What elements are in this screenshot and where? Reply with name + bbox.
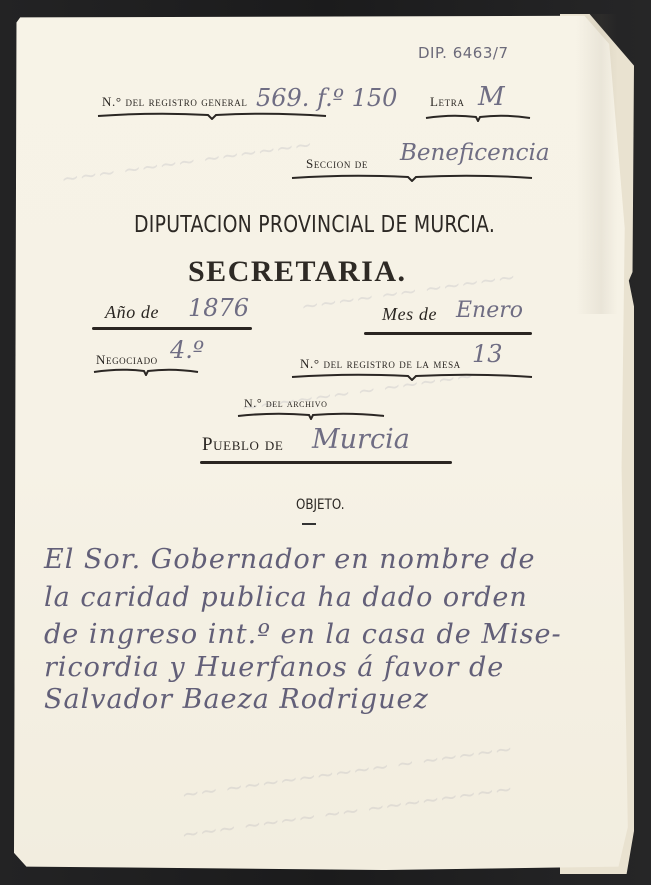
objeto-line: Salvador Baeza Rodriguez xyxy=(44,684,429,715)
letra-label: Letra xyxy=(430,94,464,110)
negociado-value: 4.º xyxy=(170,336,204,364)
header-title: DIPUTACION PROVINCIAL DE MURCIA. xyxy=(134,212,495,238)
ornamental-rule xyxy=(236,410,386,420)
header-subtitle: SECRETARIA. xyxy=(188,255,407,289)
seccion-value: Beneficencia xyxy=(400,140,550,166)
archivo-label: N.° del archivo xyxy=(244,396,327,411)
anio-label: Año de xyxy=(105,302,159,323)
pueblo-label: Pueblo de xyxy=(202,434,283,456)
objeto-line: ricordia y Huerfanos á favor de xyxy=(44,652,504,683)
registro-general-value: 569. f.º 150 xyxy=(256,84,397,112)
ornamental-rule xyxy=(290,172,534,182)
ornamental-rule xyxy=(96,110,328,120)
objeto-heading: OBJETO. xyxy=(296,497,345,513)
seccion-label: Seccion de xyxy=(306,156,368,172)
objeto-line: El Sor. Gobernador en nombre de xyxy=(44,544,536,575)
ornamental-rule xyxy=(92,366,200,376)
registro-mesa-label: N.° del registro de la mesa xyxy=(300,356,461,372)
pueblo-value: Murcia xyxy=(312,424,410,455)
ornamental-rule xyxy=(424,112,532,122)
objeto-line: la caridad publica ha dado orden xyxy=(44,582,528,613)
registro-mesa-value: 13 xyxy=(472,340,503,368)
objeto-divider xyxy=(302,523,316,525)
pueblo-rule xyxy=(200,461,452,464)
anio-rule xyxy=(92,327,252,330)
archive-reference: DIP. 6463/7 xyxy=(418,44,509,62)
anio-value: 1876 xyxy=(188,294,249,322)
registro-general-label: N.° del registro general xyxy=(102,94,247,110)
mes-rule xyxy=(364,332,532,335)
ornamental-rule xyxy=(290,371,534,381)
folded-corner-shadow xyxy=(576,14,618,314)
objeto-line: de ingreso int.º en la casa de Mise- xyxy=(44,619,562,650)
letra-value: M xyxy=(478,82,505,112)
mes-value: Enero xyxy=(456,298,523,323)
mes-label: Mes de xyxy=(382,304,437,325)
